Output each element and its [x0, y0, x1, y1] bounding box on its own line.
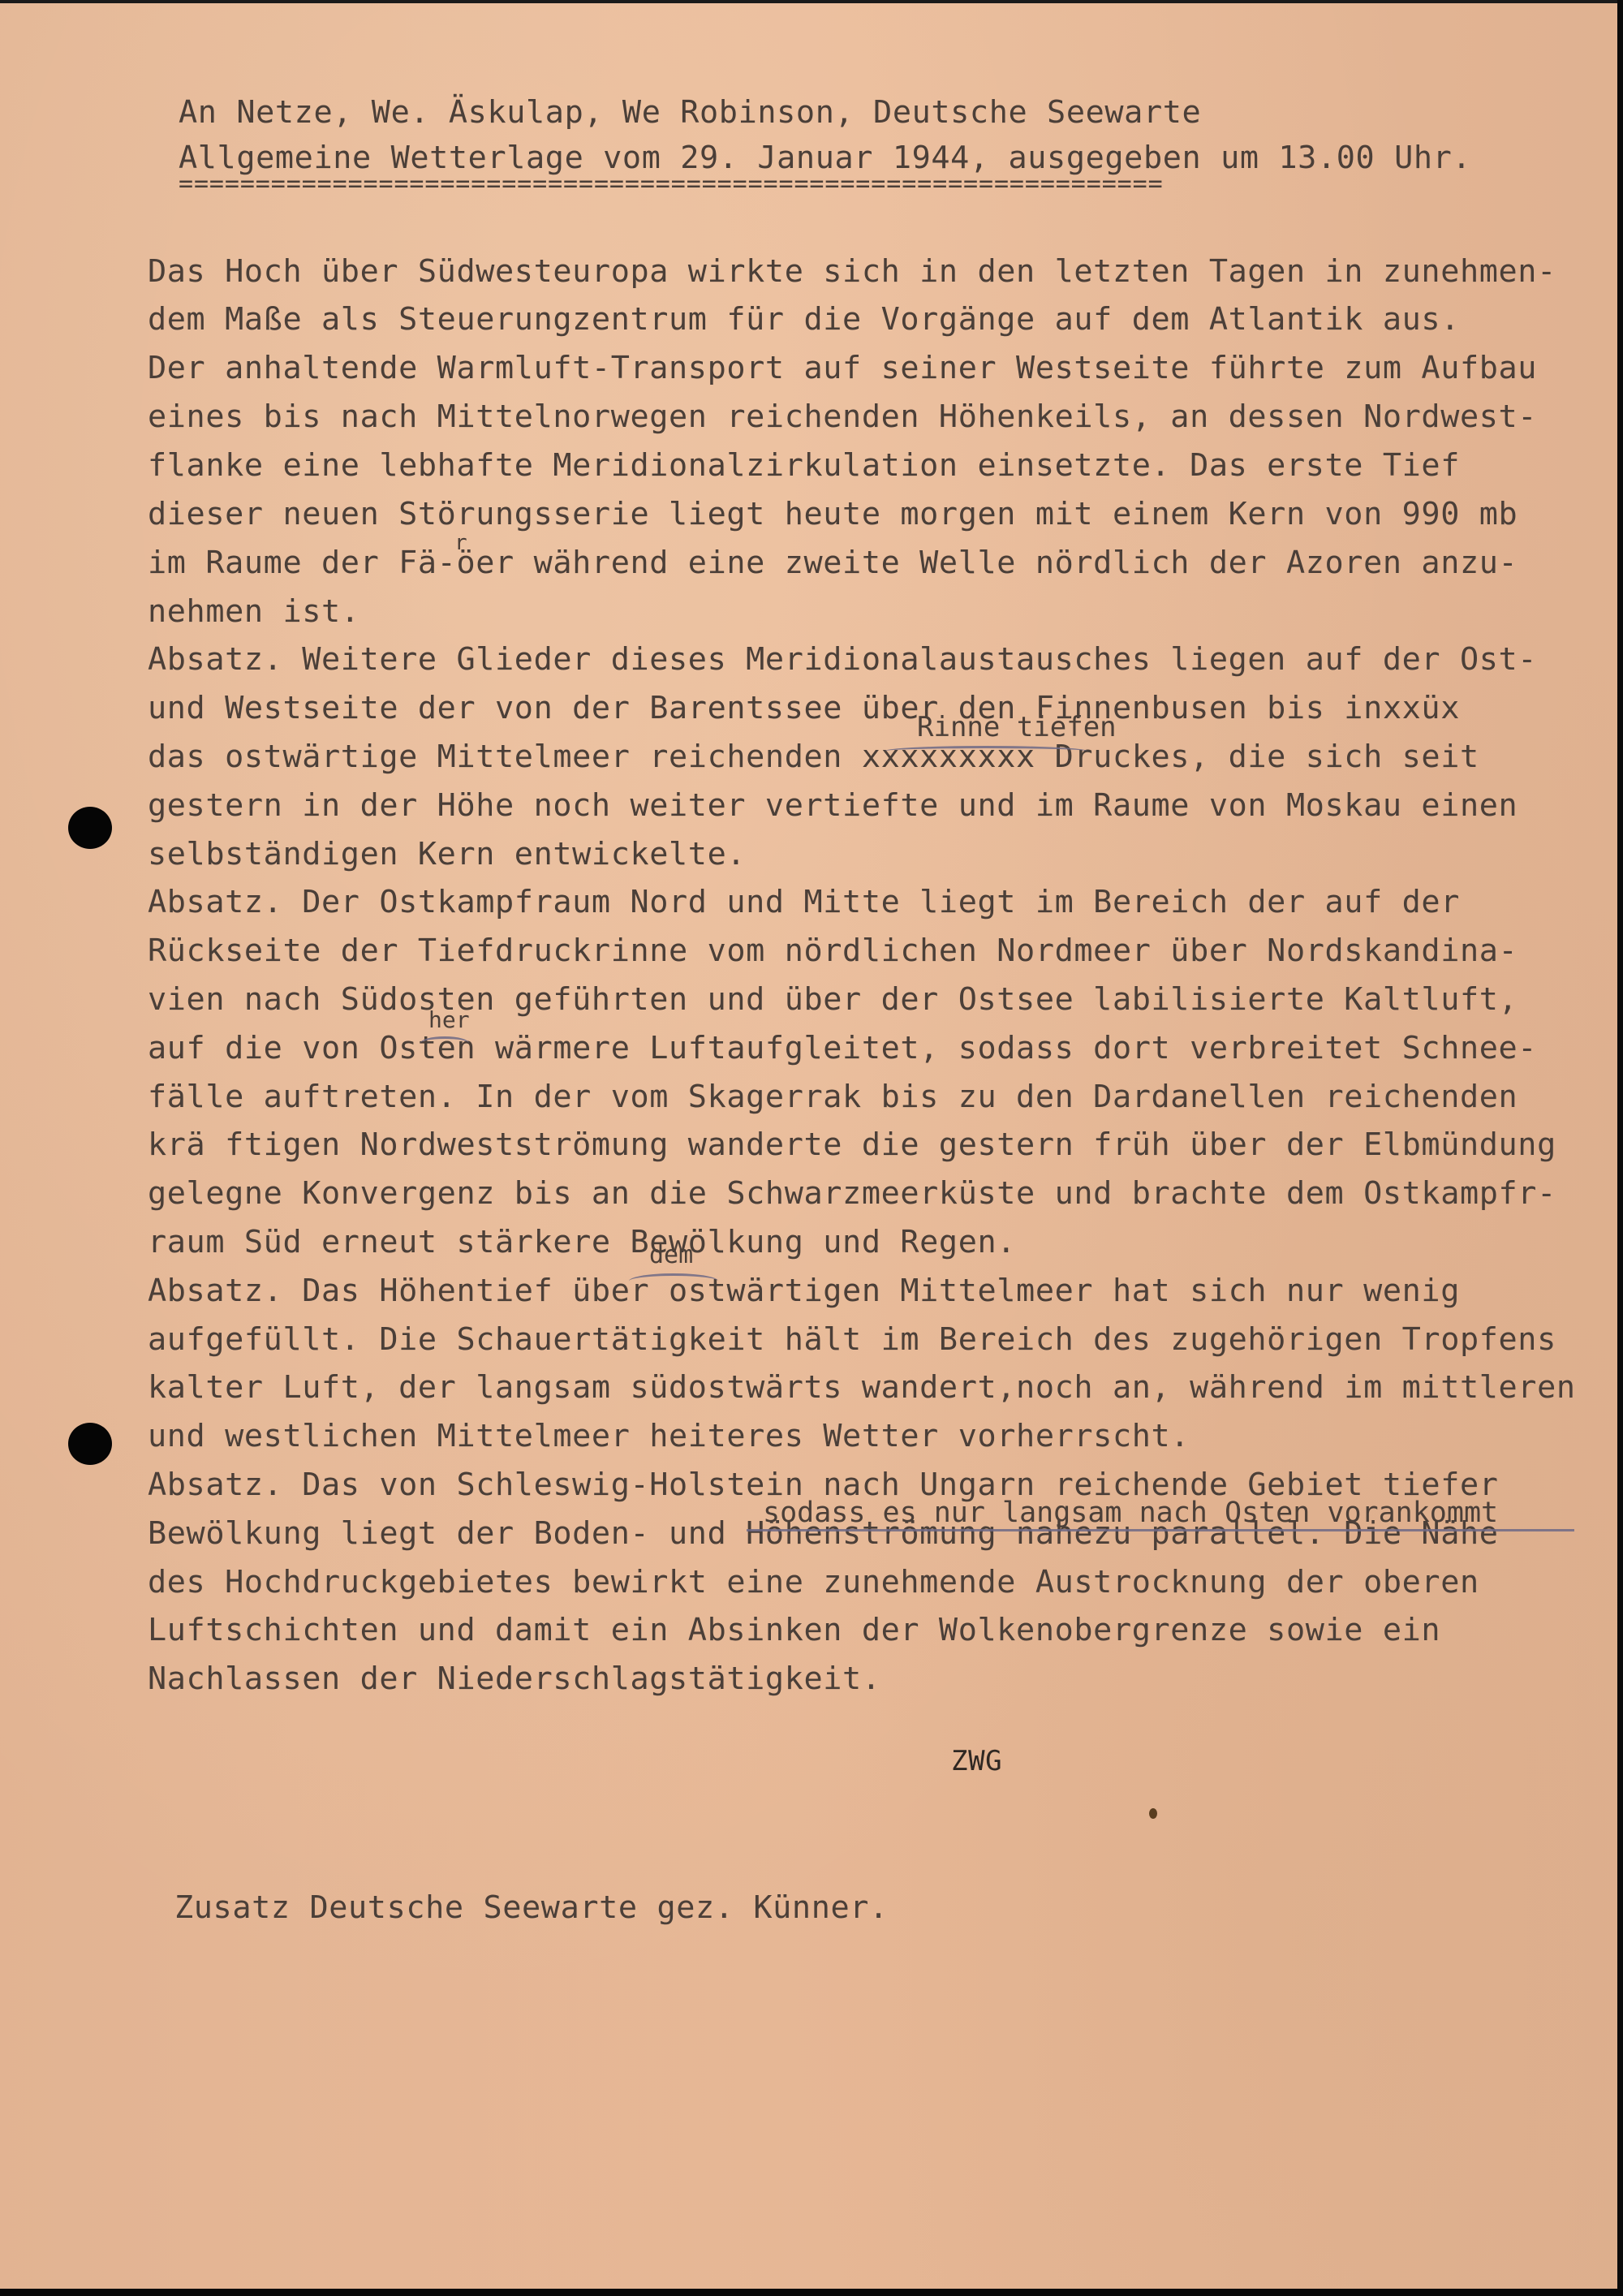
body-line: aufgefüllt. Die Schauertätigkeit hält im…: [148, 1321, 1556, 1358]
body-line: nehmen ist.: [148, 593, 360, 630]
body-line: eines bis nach Mittelnorwegen reichenden…: [148, 398, 1537, 435]
body-line: und westlichen Mittelmeer heiteres Wette…: [148, 1418, 1190, 1454]
body-line: Das Hoch über Südwesteuropa wirkte sich …: [148, 253, 1556, 290]
body-line: Luftschichten und damit ein Absinken der…: [148, 1612, 1440, 1648]
pencil-mark-rinne: [885, 746, 1087, 756]
body-line: flanke eine lebhafte Meridionalzirkulati…: [148, 447, 1460, 484]
body-line: gestern in der Höhe noch weiter vertieft…: [148, 787, 1518, 824]
ink-speck: [1149, 1808, 1157, 1819]
body-line: dem Maße als Steuerungzentrum für die Vo…: [148, 301, 1460, 338]
insertion-rinne-tiefen: Rinne tiefen: [917, 711, 1117, 743]
insertion-faeroer-r: r: [454, 531, 467, 555]
pencil-strike-sodass: [747, 1529, 1574, 1538]
header-rule: ========================================…: [179, 176, 1164, 192]
pencil-mark-dem: [629, 1273, 718, 1289]
body-line: im Raume der Fä-öer während eine zweite …: [148, 545, 1518, 581]
body-line: kalter Luft, der langsam südostwärts wan…: [148, 1369, 1576, 1406]
body-line: Der anhaltende Warmluft-Transport auf se…: [148, 350, 1537, 386]
document-page: An Netze, We. Äskulap, We Robinson, Deut…: [0, 0, 1617, 2289]
body-line: fälle auftreten. In der vom Skagerrak bi…: [148, 1079, 1518, 1115]
signature-initials: ZWG: [951, 1745, 1002, 1777]
body-line: und Westseite der von der Barentssee übe…: [148, 690, 1460, 726]
body-line: des Hochdruckgebietes bewirkt eine zuneh…: [148, 1564, 1479, 1600]
body-line: Rückseite der Tiefdruckrinne vom nördlic…: [148, 933, 1518, 969]
punch-hole-lower: [68, 1423, 112, 1465]
body-line: raum Süd erneut stärkere Bewölkung und R…: [148, 1224, 1016, 1260]
insertion-her: her: [428, 1006, 470, 1033]
body-line: auf die von Osten wärmere Luftaufgleitet…: [148, 1030, 1537, 1066]
body-line: dieser neuen Störungsserie liegt heute m…: [148, 496, 1518, 532]
body-line: gelegne Konvergenz bis an die Schwarzmee…: [148, 1175, 1556, 1212]
body-line: das ostwärtige Mittelmeer reichenden xxx…: [148, 739, 1479, 775]
body-line: krä ftigen Nordwestströmung wanderte die…: [148, 1126, 1556, 1163]
body-line: Absatz. Weitere Glieder dieses Meridiona…: [148, 641, 1537, 678]
body-line: vien nach Südosten geführten und über de…: [148, 981, 1518, 1018]
body-line: selbständigen Kern entwickelte.: [148, 836, 746, 872]
footer-note: Zusatz Deutsche Seewarte gez. Künner.: [174, 1889, 889, 1926]
recipients-line: An Netze, We. Äskulap, We Robinson, Deut…: [179, 94, 1201, 131]
document-body: Das Hoch über Südwesteuropa wirkte sich …: [0, 3, 77, 1172]
body-line: Absatz. Das Höhentief über ostwärtigen M…: [148, 1273, 1460, 1309]
insertion-sodass: sodass es nur langsam nach Osten voranko…: [763, 1497, 1498, 1529]
insertion-dem: dem: [649, 1241, 693, 1269]
pencil-mark-her: [420, 1036, 469, 1050]
body-line: Absatz. Der Ostkampfraum Nord und Mitte …: [148, 884, 1460, 920]
body-line: Nachlassen der Niederschlagstätigkeit.: [148, 1661, 881, 1697]
